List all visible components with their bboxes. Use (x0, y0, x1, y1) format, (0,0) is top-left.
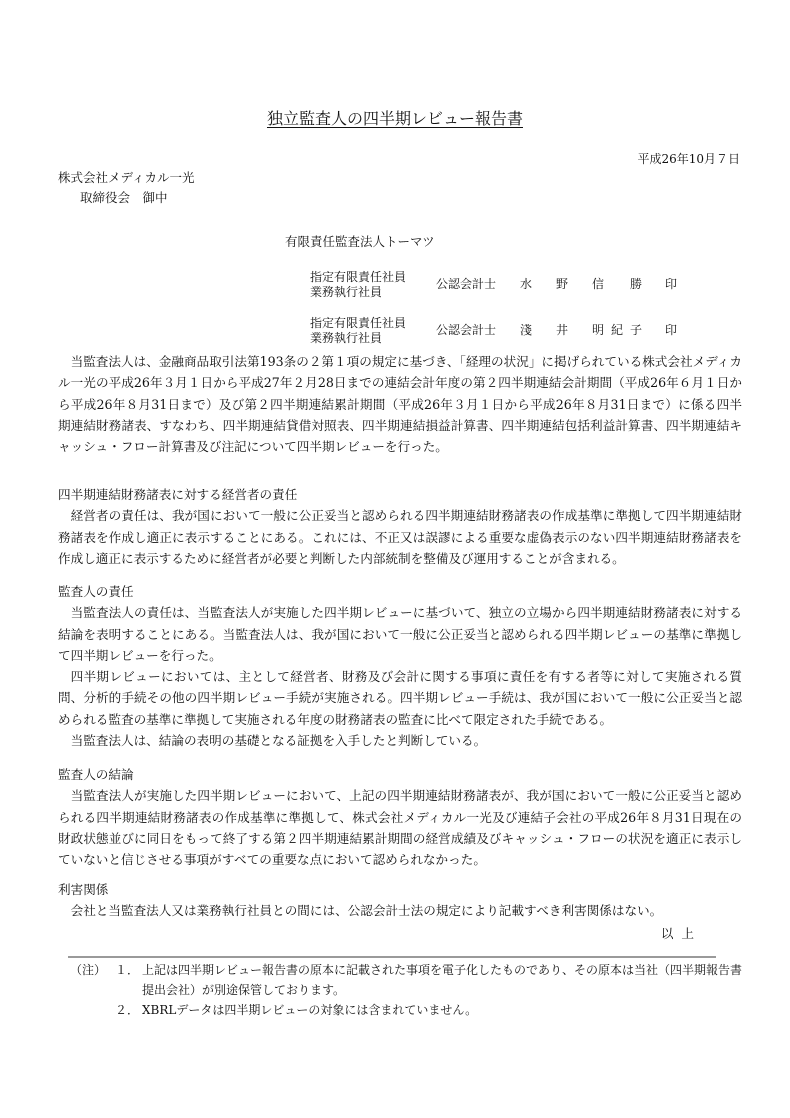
name-char: 勝 (630, 277, 642, 292)
addressee-company: 株式会社メディカル一光 (58, 168, 195, 186)
name-char: 野 (556, 277, 568, 292)
qualification: 公認会計士 (436, 323, 496, 338)
report-title: 独立監査人の四半期レビュー報告書 (0, 106, 790, 129)
section-conflict-of-interest: 利害関係 会社と当監査法人又は業務執行社員との間には、公認会計士法の規定により記… (58, 879, 742, 922)
note-number: １． (115, 960, 139, 980)
report-title-text: 独立監査人の四半期レビュー報告書 (267, 109, 523, 128)
section-auditor-responsibility: 監査人の責任 当監査法人の責任は、当監査法人が実施した四半期レビューに基づいて、… (58, 581, 742, 751)
name-char: 子 (630, 323, 642, 338)
qualification: 公認会計士 (436, 277, 496, 292)
note-item-2: ２． XBRLデータは四半期レビューの対象には含まれていません。 (70, 1000, 750, 1020)
section-auditor-conclusion: 監査人の結論 当監査法人が実施した四半期レビューにおいて、上記の四半期連結財務諸… (58, 764, 742, 870)
section-heading: 利害関係 (58, 879, 742, 900)
section-management-responsibility: 四半期連結財務諸表に対する経営者の責任 経営者の責任は、我が国において一般に公正… (58, 484, 742, 569)
closing-mark: 以上 (661, 923, 702, 942)
signatory-role: 指定有限責任社員 業務執行社員 (310, 316, 406, 346)
note-text: XBRLデータは四半期レビューの対象には含まれていません。 (142, 1000, 750, 1020)
section-heading: 四半期連結財務諸表に対する経営者の責任 (58, 484, 742, 505)
seal-mark: 印 (665, 323, 677, 338)
section-paragraph: 四半期レビューにおいては、主として経営者、財務及び会計に関する事項に責任を有する… (58, 666, 742, 730)
role-line-1: 指定有限責任社員 (310, 270, 406, 285)
signatory-role: 指定有限責任社員 業務執行社員 (310, 270, 406, 300)
section-paragraph: 会社と当監査法人又は業務執行社員との間には、公認会計士法の規定により記載すべき利… (58, 900, 742, 921)
note-item-1: （注） １． 上記は四半期レビュー報告書の原本に記載された事項を電子化したもので… (70, 960, 750, 1000)
seal-mark: 印 (665, 277, 677, 292)
section-paragraph: 当監査法人の責任は、当監査法人が実施した四半期レビューに基づいて、独立の立場から… (58, 602, 742, 666)
notes-divider (68, 956, 716, 958)
intro-section: 当監査法人は、金融商品取引法第193条の２第１項の規定に基づき、「経理の状況」に… (58, 351, 742, 457)
section-heading: 監査人の責任 (58, 581, 742, 602)
section-paragraph: 経営者の責任は、我が国において一般に公正妥当と認められる四半期連結財務諸表の作成… (58, 505, 742, 569)
name-char: 井 (556, 323, 568, 338)
section-paragraph: 当監査法人は、結論の表明の基礎となる証拠を入手したと判断している。 (58, 730, 742, 751)
addressee-board: 取締役会 御中 (80, 188, 168, 206)
name-char: 信 (592, 277, 604, 292)
name-char: 紀 (611, 323, 623, 338)
section-paragraph: 当監査法人が実施した四半期レビューにおいて、上記の四半期連結財務諸表が、我が国に… (58, 785, 742, 870)
note-number: ２． (115, 1000, 139, 1020)
intro-paragraph: 当監査法人は、金融商品取引法第193条の２第１項の規定に基づき、「経理の状況」に… (58, 351, 742, 457)
section-heading: 監査人の結論 (58, 764, 742, 785)
note-text: 上記は四半期レビュー報告書の原本に記載された事項を電子化したものであり、その原本… (142, 960, 750, 1000)
notes-label: （注） (70, 960, 106, 980)
audit-firm-name: 有限責任監査法人トーマツ (285, 232, 435, 250)
name-char: 明 (592, 323, 604, 338)
role-line-2: 業務執行社員 (310, 331, 406, 346)
name-char: 水 (520, 277, 532, 292)
notes-section: （注） １． 上記は四半期レビュー報告書の原本に記載された事項を電子化したもので… (70, 960, 750, 1020)
role-line-2: 業務執行社員 (310, 285, 406, 300)
name-char: 淺 (520, 323, 532, 338)
report-date: 平成26年10月７日 (637, 150, 740, 167)
role-line-1: 指定有限責任社員 (310, 316, 406, 331)
